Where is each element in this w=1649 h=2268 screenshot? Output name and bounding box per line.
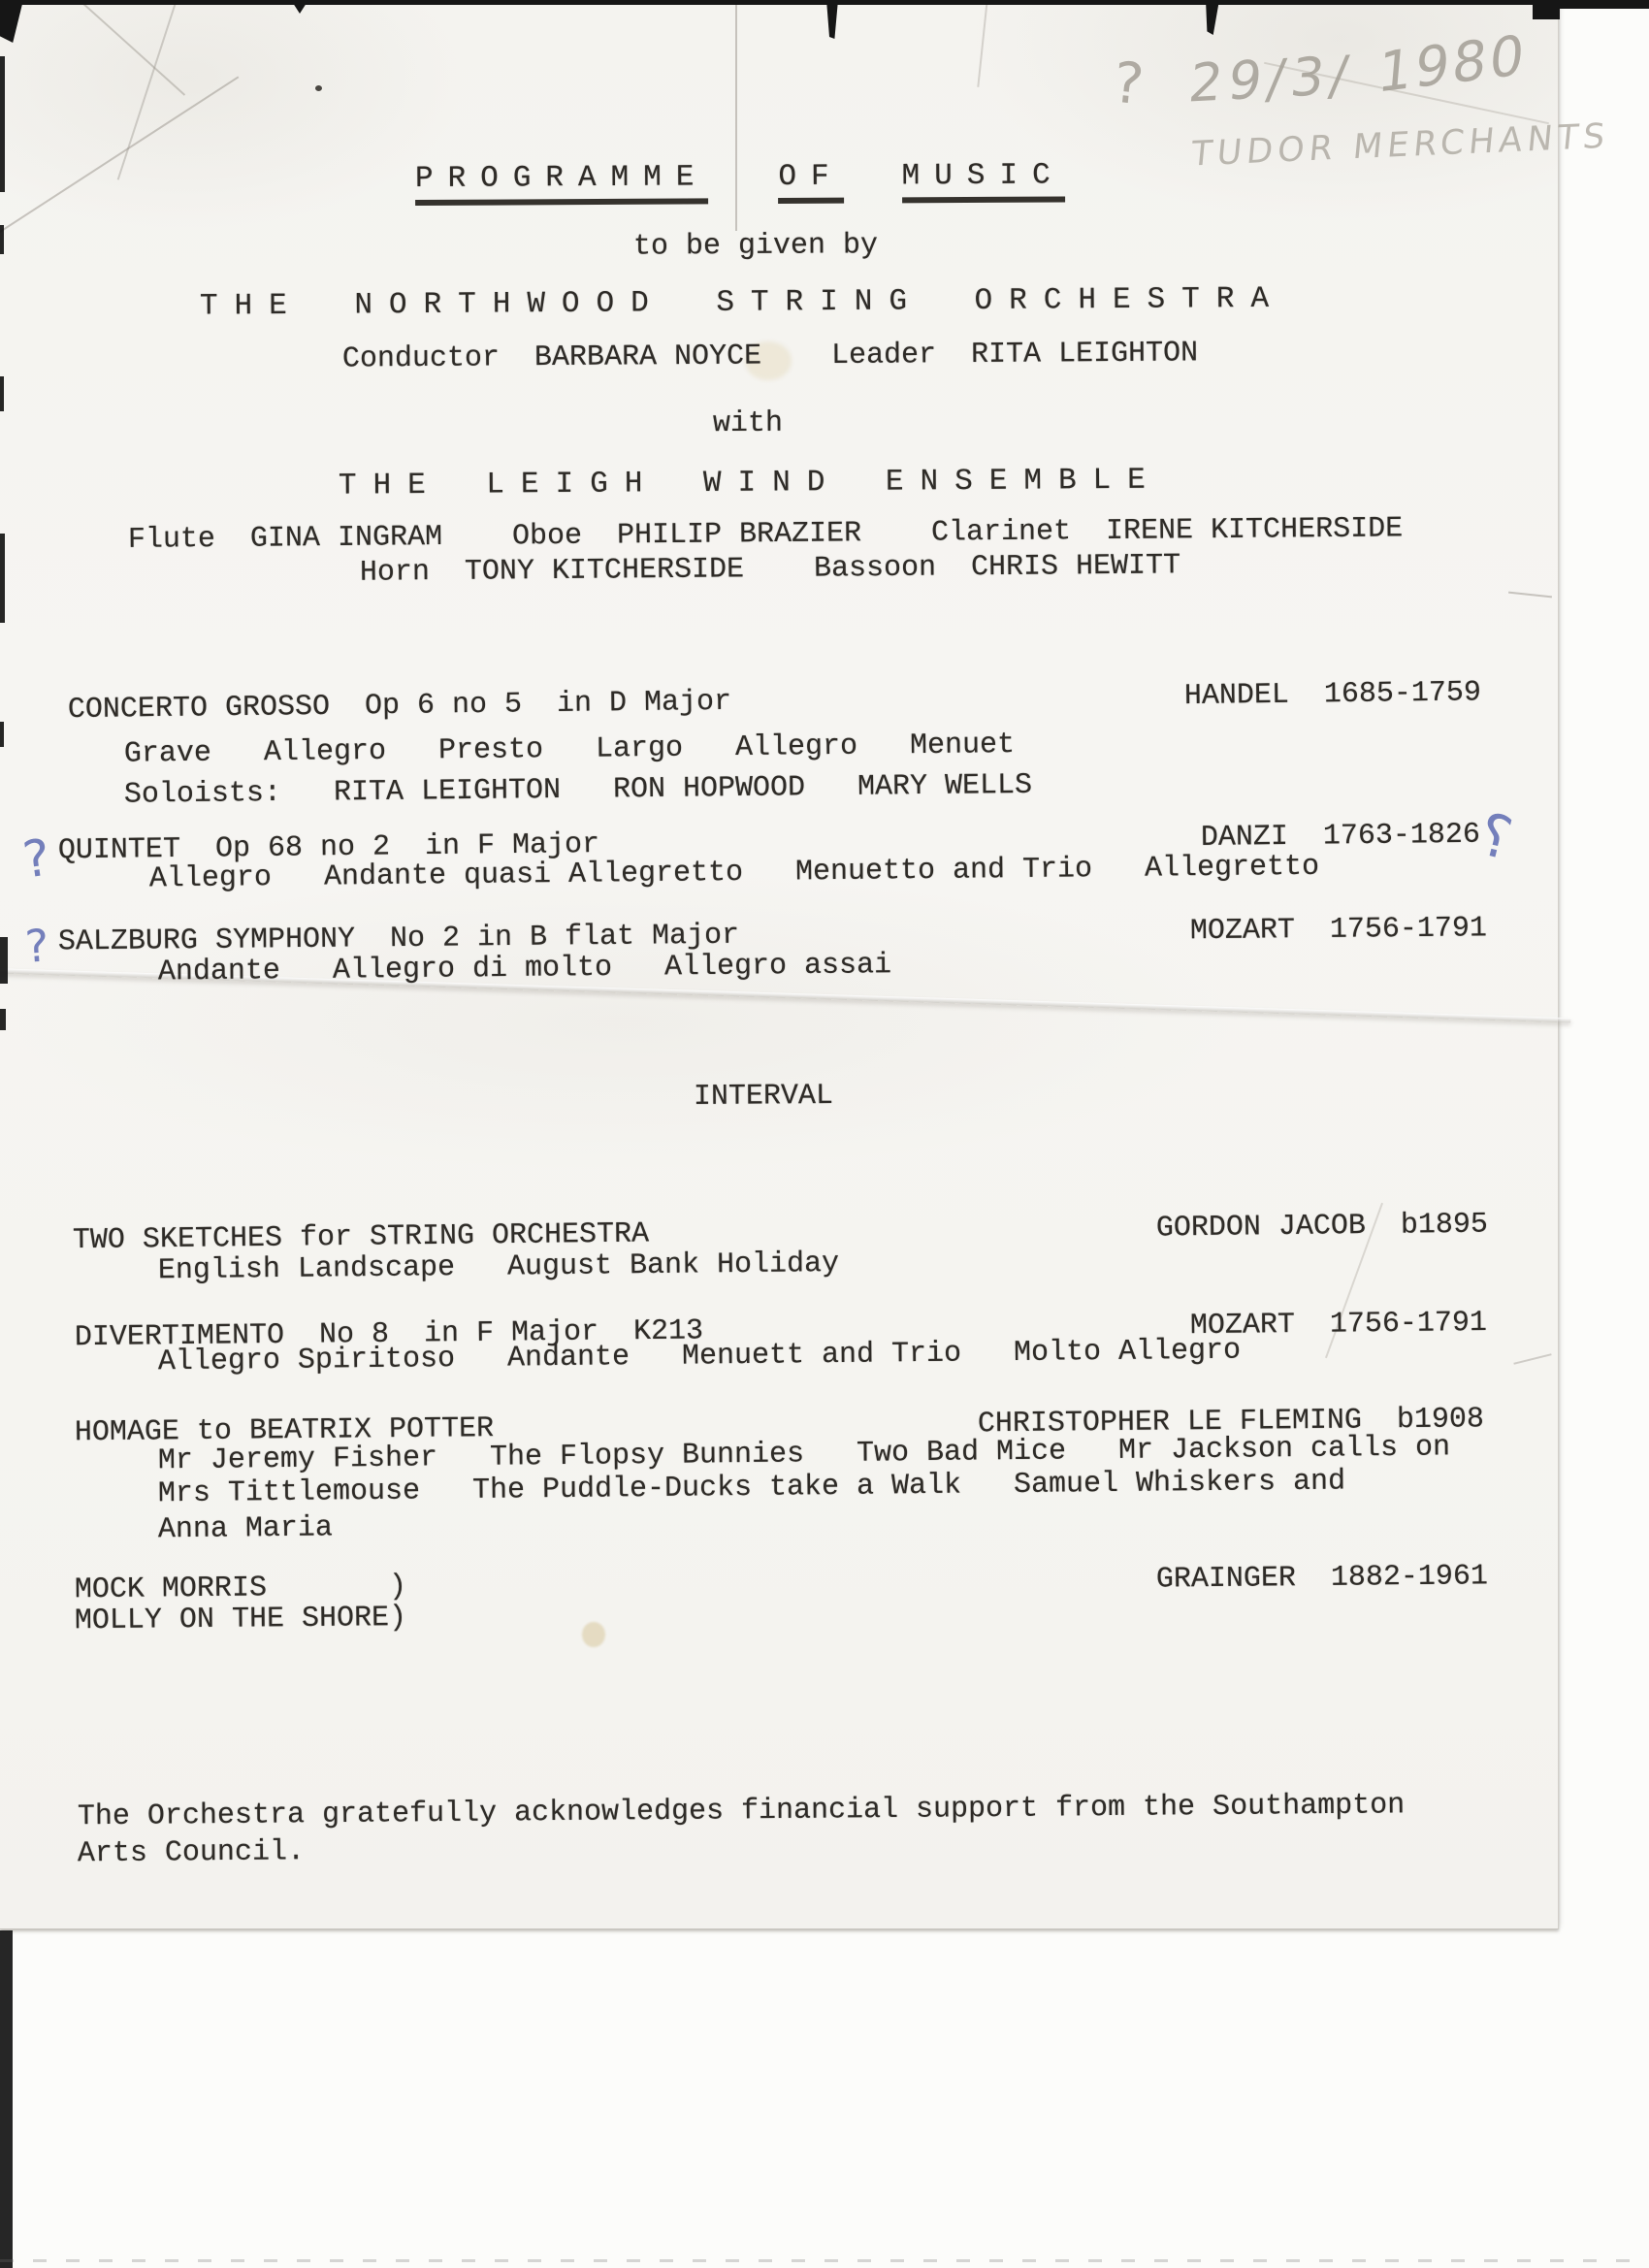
players-text: Horn TONY KITCHERSIDE Bassoon CHRIS HEWI… xyxy=(360,549,1180,589)
movements-text: Grave Allegro Presto Largo Allegro Menue… xyxy=(124,729,1015,771)
crease-line xyxy=(117,4,177,179)
soloists-text: Soloists: RITA LEIGHTON RON HOPWOOD MARY… xyxy=(124,769,1032,812)
programme-item-row: CONCERTO GROSSO Op 6 no 5 in D Major HAN… xyxy=(0,675,1558,731)
pencil-year-annotation: 1980 xyxy=(1375,23,1530,106)
blue-question-mark-salzburg: ? xyxy=(23,919,50,973)
with-line: with xyxy=(0,404,1558,448)
composer: GORDON JACOB b1895 xyxy=(1156,1209,1488,1246)
pencil-venue-annotation: TUDOR MERCHANTS xyxy=(1189,116,1611,174)
work-title: CONCERTO GROSSO Op 6 no 5 in D Major xyxy=(68,686,731,727)
movements-text: English Landscape August Bank Holiday xyxy=(158,1247,839,1287)
ensemble-line: THE LEIGH WIND ENSEMBLE xyxy=(0,462,1558,509)
title-word: PROGRAMME xyxy=(415,160,709,206)
pencil-date-annotation: 29/3/ xyxy=(1185,44,1357,113)
composer: MOZART 1756-1791 xyxy=(1190,912,1487,948)
scan-edge-left xyxy=(0,534,5,623)
scanned-programme-page: PROGRAMMEOFMUSIC to be given by THE NORT… xyxy=(0,0,1649,2268)
scan-bottom-dotted-line xyxy=(0,2259,1649,2262)
title-word: MUSIC xyxy=(902,158,1065,203)
scan-edge-left xyxy=(0,225,4,254)
orchestra-name: THE NORTHWOOD STRING ORCHESTRA xyxy=(200,283,1285,324)
movements-text: Andante Allegro di molto Allegro assai xyxy=(158,949,891,988)
pencil-query-mark: ? xyxy=(1111,49,1148,118)
scan-edge-left xyxy=(0,1009,6,1030)
interval-text: INTERVAL xyxy=(694,1080,833,1114)
scan-edge-left xyxy=(0,722,4,747)
crease-line xyxy=(0,76,239,236)
scan-edge-left xyxy=(0,56,5,192)
acknowledgement-text: Arts Council. xyxy=(78,1835,305,1870)
with-text: with xyxy=(713,407,783,440)
crease-line xyxy=(18,0,185,96)
conductor-leader-credits: Conductor BARBARA NOYCE Leader RITA LEIG… xyxy=(342,337,1198,375)
ink-speck xyxy=(315,85,322,91)
scan-edge-top-right xyxy=(1552,0,1649,9)
scan-edge-left xyxy=(0,937,8,984)
programme-title: PROGRAMMEOFMUSIC xyxy=(415,158,1065,206)
given-by-line: to be given by xyxy=(0,226,1558,271)
movements-text: Anna Maria xyxy=(158,1511,333,1546)
orchestra-line: THE NORTHWOOD STRING ORCHESTRA xyxy=(0,281,1558,329)
crease-line xyxy=(1508,592,1552,599)
interval-line: INTERVAL xyxy=(0,1075,1558,1122)
title-word: OF xyxy=(778,160,843,204)
composer: HANDEL 1685-1759 xyxy=(1184,676,1481,713)
scan-edge-left-bottom-strip xyxy=(0,1930,13,2268)
crease-line xyxy=(977,0,987,87)
scan-edge-top xyxy=(0,0,1560,5)
scan-edge-left xyxy=(0,376,4,411)
given-by-text: to be given by xyxy=(633,229,878,263)
ensemble-name: THE LEIGH WIND ENSEMBLE xyxy=(339,465,1162,503)
work-title: MOLLY ON THE SHORE) xyxy=(75,1602,406,1637)
credits-line: Conductor BARBARA NOYCE Leader RITA LEIG… xyxy=(0,335,1558,382)
paper-sheet: PROGRAMMEOFMUSIC to be given by THE NORT… xyxy=(0,0,1559,1929)
